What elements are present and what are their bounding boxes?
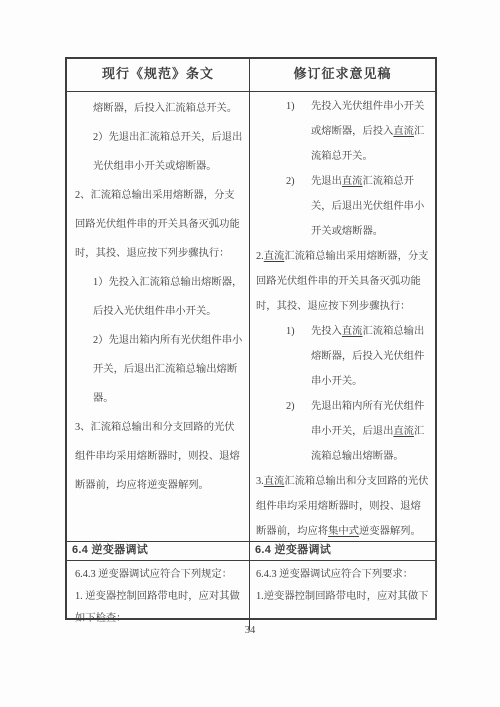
text-run: 6.4.3 逆变器调试应符合下列规定： xyxy=(75,569,232,580)
footer-cell-revised-draft: 6.4.3 逆变器调试应符合下列要求：1.逆变器控制回路带电时，应对其做下 xyxy=(250,561,435,630)
paragraph: 2.直流汇流箱总输出采用熔断器，分支回路光伏组件串的开关具备灭弧功能时，其投、退… xyxy=(256,244,430,319)
paragraph: 1)先投入直流汇流箱总输出熔断器，后投入光伏组件串小开关。 xyxy=(286,319,430,394)
paragraph: 6.4.3 逆变器调试应符合下列要求： xyxy=(256,564,430,586)
text-run: 3、汇流箱总输出和分支回路的光伏组件串均采用熔断器时，则投、退熔断器前，均应将逆… xyxy=(75,422,240,491)
item-number: 1) xyxy=(286,319,311,394)
paragraph: 2）先退出汇流箱总开关，后退出光伏组串小开关或熔断器。 xyxy=(93,123,243,181)
inserted-text: 直流 xyxy=(264,476,285,487)
text-run: 2、汇流箱总输出采用熔断器，分支回路光伏组件串的开关具备灭弧功能时，其投、退应按… xyxy=(75,190,240,259)
paragraph: 2)先退出箱内所有光伏组件串小开关，后退出直流汇流箱总输出熔断器。 xyxy=(286,394,430,469)
inserted-text: 直流 xyxy=(342,176,363,187)
document-page: 现行《规范》条文 修订征求意见稿 熔断器，后投入汇流箱总开关。2）先退出汇流箱总… xyxy=(0,0,500,707)
item-text: 先投入光伏组件串小开关或熔断器，后投入直流汇流箱总开关。 xyxy=(311,94,430,169)
text-run: 2）先退出箱内所有光伏组件串小开关，后退出汇流箱总输出熔断器。 xyxy=(93,335,242,404)
paragraph: 3、汇流箱总输出和分支回路的光伏组件串均采用熔断器时，则投、退熔断器前，均应将逆… xyxy=(75,413,243,500)
text-run: 熔断器，后投入汇流箱总开关。 xyxy=(93,103,237,114)
header-cell-current-code: 现行《规范》条文 xyxy=(67,59,250,91)
text-run: 2. xyxy=(256,251,264,262)
text-run: 1）先投入汇流箱总输出熔断器，后投入光伏组件串小开关。 xyxy=(93,277,242,317)
table-header-row: 现行《规范》条文 修订征求意见稿 xyxy=(67,59,435,91)
text-run: 2）先退出汇流箱总开关，后退出光伏组串小开关或熔断器。 xyxy=(93,132,242,172)
paragraph: 6.4.3 逆变器调试应符合下列规定： xyxy=(75,564,243,586)
footer-cell-current-code: 6.4.3 逆变器调试应符合下列规定：1. 逆变器控制回路带电时，应对其做如下检… xyxy=(67,561,250,630)
inserted-text: 直流 xyxy=(393,426,414,437)
table-body-row: 熔断器，后投入汇流箱总开关。2）先退出汇流箱总开关，后退出光伏组串小开关或熔断器… xyxy=(67,91,435,541)
paragraph: 熔断器，后投入汇流箱总开关。 xyxy=(93,94,243,123)
inserted-text: 直流 xyxy=(264,251,285,262)
text-run: 逆变器解列。 xyxy=(359,526,421,537)
section-title-row: 6.4 逆变器调试 6.4 逆变器调试 xyxy=(67,541,435,560)
page-number: 34 xyxy=(0,625,500,636)
text-run: 1. 逆变器控制回路带电时，应对其做如下检查： xyxy=(75,591,240,624)
text-run: 先投入 xyxy=(311,326,342,337)
item-number: 2) xyxy=(286,169,311,244)
inserted-text: 直流 xyxy=(393,126,414,137)
paragraph: 2、汇流箱总输出采用熔断器，分支回路光伏组件串的开关具备灭弧功能时，其投、退应按… xyxy=(75,181,243,268)
paragraph: 1）先投入汇流箱总输出熔断器，后投入光伏组件串小开关。 xyxy=(93,268,243,326)
section-cell-current-code: 6.4 逆变器调试 xyxy=(67,542,250,560)
text-run: 3. xyxy=(256,476,264,487)
section-cell-revised-draft: 6.4 逆变器调试 xyxy=(250,542,435,560)
paragraph: 1.逆变器控制回路带电时，应对其做下 xyxy=(256,586,430,608)
body-cell-revised-draft: 1)先投入光伏组件串小开关或熔断器，后投入直流汇流箱总开关。2)先退出直流汇流箱… xyxy=(250,92,435,541)
paragraph: 2)先退出直流汇流箱总开关，后退出光伏组件串小开关或熔断器。 xyxy=(286,169,430,244)
item-text: 先退出直流汇流箱总开关，后退出光伏组件串小开关或熔断器。 xyxy=(311,169,430,244)
table-footer-row: 6.4.3 逆变器调试应符合下列规定：1. 逆变器控制回路带电时，应对其做如下检… xyxy=(67,560,435,630)
item-number: 1) xyxy=(286,94,311,169)
body-cell-current-code: 熔断器，后投入汇流箱总开关。2）先退出汇流箱总开关，后退出光伏组串小开关或熔断器… xyxy=(67,92,250,541)
paragraph: 1)先投入光伏组件串小开关或熔断器，后投入直流汇流箱总开关。 xyxy=(286,94,430,169)
inserted-text: 集中式 xyxy=(328,526,359,537)
item-number: 2) xyxy=(286,394,311,469)
item-text: 先投入直流汇流箱总输出熔断器，后投入光伏组件串小开关。 xyxy=(311,319,430,394)
comparison-table: 现行《规范》条文 修订征求意见稿 熔断器，后投入汇流箱总开关。2）先退出汇流箱总… xyxy=(65,57,437,620)
paragraph: 3.直流汇流箱总输出和分支回路的光伏组件串均采用熔断器时，则投、退熔断器前，均应… xyxy=(256,469,430,541)
paragraph: 2）先退出箱内所有光伏组件串小开关，后退出汇流箱总输出熔断器。 xyxy=(93,326,243,413)
text-run: 6.4.3 逆变器调试应符合下列要求： xyxy=(256,569,413,580)
item-text: 先退出箱内所有光伏组件串小开关，后退出直流汇流箱总输出熔断器。 xyxy=(311,394,430,469)
text-run: 1.逆变器控制回路带电时，应对其做下 xyxy=(256,591,428,602)
paragraph: 1. 逆变器控制回路带电时，应对其做如下检查： xyxy=(75,586,243,630)
inserted-text: 直流 xyxy=(342,326,363,337)
text-run: 先退出 xyxy=(311,176,342,187)
header-cell-revised-draft: 修订征求意见稿 xyxy=(250,59,435,91)
